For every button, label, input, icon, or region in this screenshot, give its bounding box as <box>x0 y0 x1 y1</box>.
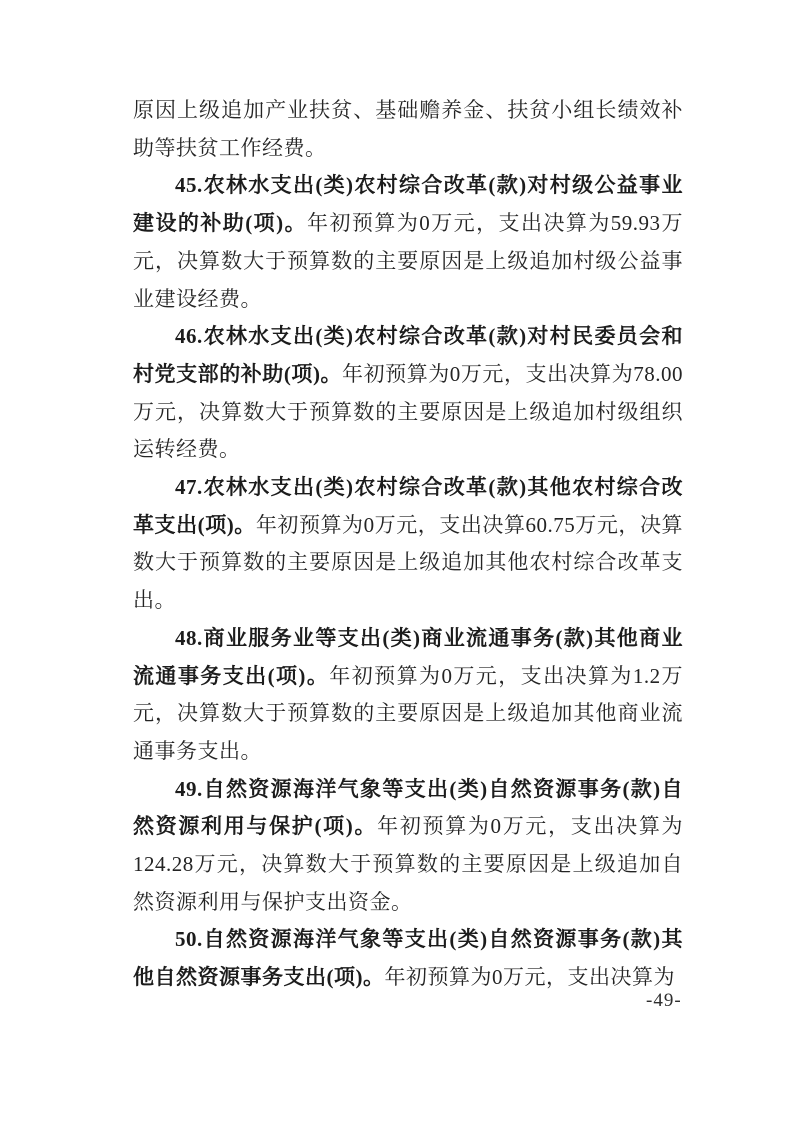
paragraph-item-45: 45.农林水支出(类)农村综合改革(款)对村级公益事业建设的补助(项)。年初预算… <box>133 167 683 318</box>
paragraph-item-47: 47.农林水支出(类)农村综合改革(款)其他农村综合改革支出(项)。年初预算为0… <box>133 469 683 620</box>
paragraph-text: 年初预算为0万元，支出决算为 <box>385 965 676 989</box>
paragraph-continuation: 原因上级追加产业扶贫、基础赡养金、扶贫小组长绩效补助等扶贫工作经费。 <box>133 92 683 167</box>
paragraph-item-50: 50.自然资源海洋气象等支出(类)自然资源事务(款)其他自然资源事务支出(项)。… <box>133 921 683 996</box>
page-number: -49- <box>646 990 682 1012</box>
document-page: 原因上级追加产业扶贫、基础赡养金、扶贫小组长绩效补助等扶贫工作经费。 45.农林… <box>0 0 793 1122</box>
paragraph-text: 原因上级追加产业扶贫、基础赡养金、扶贫小组长绩效补助等扶贫工作经费。 <box>133 98 683 160</box>
paragraph-item-46: 46.农林水支出(类)农村综合改革(款)对村民委员会和村党支部的补助(项)。年初… <box>133 318 683 469</box>
document-body: 原因上级追加产业扶贫、基础赡养金、扶贫小组长绩效补助等扶贫工作经费。 45.农林… <box>133 92 683 997</box>
paragraph-item-49: 49.自然资源海洋气象等支出(类)自然资源事务(款)自然资源利用与保护(项)。年… <box>133 771 683 922</box>
paragraph-item-48: 48.商业服务业等支出(类)商业流通事务(款)其他商业流通事务支出(项)。年初预… <box>133 620 683 771</box>
